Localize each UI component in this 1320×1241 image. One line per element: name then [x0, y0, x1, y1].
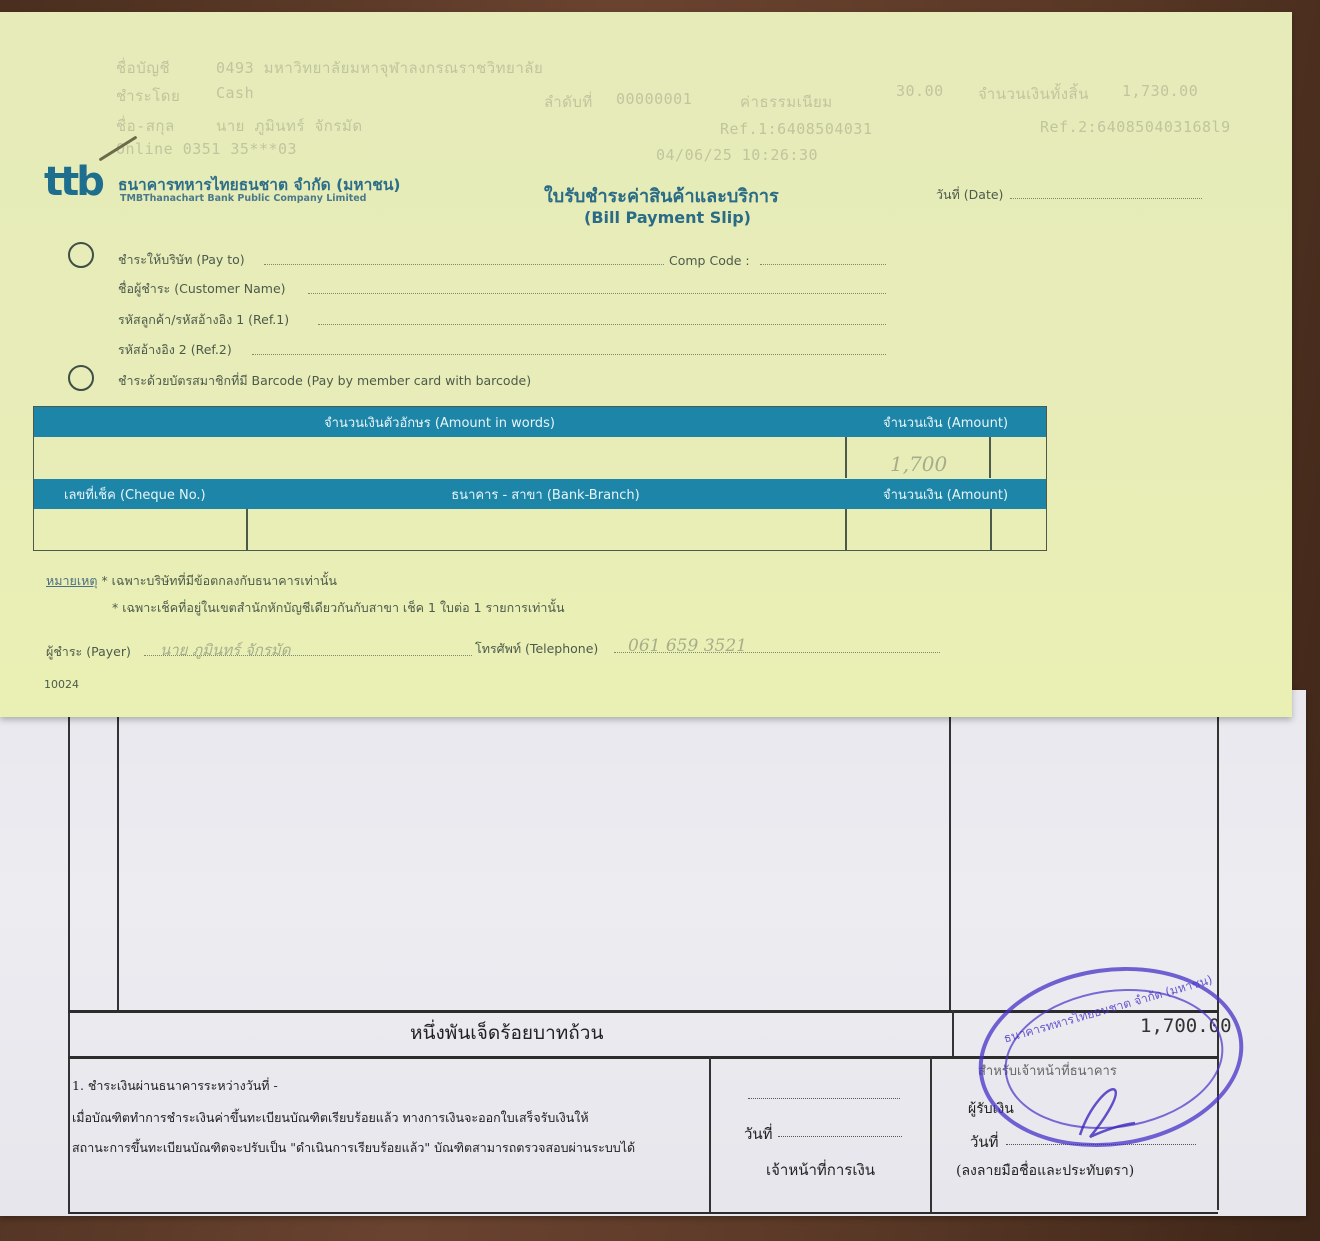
receipt-amount-in-words: หนึ่งพันเจ็ดร้อยบาทถ้วน — [410, 1018, 603, 1048]
sign-stamp-label: (ลงลายมือชื่อและประทับตรา) — [956, 1160, 1134, 1182]
slip-title-english: (Bill Payment Slip) — [584, 208, 751, 227]
signature-icon — [1060, 1075, 1140, 1145]
customer-name-field[interactable] — [308, 293, 886, 294]
amount-header-2: จำนวนเงิน (Amount) — [845, 479, 1046, 509]
bank-branch-field[interactable] — [248, 510, 844, 550]
printout-seq-label: ลำดับที่ — [544, 90, 593, 114]
printout-online: Online 0351 35***03 — [116, 140, 297, 158]
remark-1-text: * เฉพาะบริษัทที่มีข้อตกลงกับธนาคารเท่านั… — [101, 573, 337, 588]
comp-code-label: Comp Code : — [669, 253, 750, 268]
bank-date-label: วันที่ — [970, 1130, 999, 1154]
printout-total: 1,730.00 — [1122, 82, 1198, 100]
pay-to-company-radio[interactable] — [68, 242, 94, 268]
pay-by-barcode-radio[interactable] — [68, 365, 94, 391]
receipt-grid-line — [949, 690, 951, 1010]
finance-officer-label: เจ้าหน้าที่การเงิน — [766, 1158, 875, 1182]
receipt-grid-line — [930, 1056, 932, 1214]
ref1-label: รหัสลูกค้า/รหัสอ้างอิง 1 (Ref.1) — [118, 310, 289, 330]
printout-fee-label: ค่าธรรมเนียม — [740, 90, 833, 114]
receipt-note-2: เมื่อบัณฑิตทำการชำระเงินค่าขึ้นทะเบียนบั… — [72, 1108, 589, 1128]
printout-account-name: 0493 มหาวิทยาลัยมหาจุฬาลงกรณราชวิทยาลัย — [216, 56, 543, 80]
printout-name-label: ชื่อ-สกุล — [116, 114, 175, 138]
amount-words-header: จำนวนเงินตัวอักษร (Amount in words) — [34, 407, 845, 437]
receipt-note-3: สถานะการขึ้นทะเบียนบัณฑิตจะปรับเป็น "ดำเ… — [72, 1138, 635, 1158]
amount-words-field[interactable] — [35, 438, 843, 478]
payer-value: นาย ภูมินทร์ จักรมัด — [160, 638, 291, 662]
pay-to-label: ชำระให้บริษัท (Pay to) — [118, 250, 245, 270]
cheque-amount-field[interactable] — [847, 510, 989, 550]
bank-name-english: TMBThanachart Bank Public Company Limite… — [120, 193, 366, 204]
slip-title-thai: ใบรับชำระค่าสินค้าและบริการ — [544, 181, 779, 210]
table-cell-border — [990, 509, 992, 550]
table-cell-border — [989, 437, 991, 478]
ref2-label: รหัสอ้างอิง 2 (Ref.2) — [118, 340, 232, 360]
finance-date-line — [778, 1136, 902, 1137]
finance-date-label: วันที่ — [744, 1122, 773, 1146]
ref1-field[interactable] — [318, 324, 886, 325]
ref2-field[interactable] — [252, 354, 886, 355]
printout-account-name-label: ชื่อบัญชี — [116, 56, 170, 80]
receipt-grid-line — [1217, 690, 1219, 1210]
ttb-logo: ttb — [44, 162, 102, 202]
telephone-value: 061 659 3521 — [628, 636, 747, 656]
printout-total-label: จำนวนเงินทั้งสิ้น — [978, 82, 1089, 106]
barcode-label: ชำระด้วยบัตรสมาชิกที่มี Barcode (Pay by … — [118, 371, 531, 391]
finance-signature-line — [748, 1098, 900, 1099]
form-code: 10024 — [44, 678, 79, 691]
remark-label: หมายเหตุ — [46, 573, 97, 588]
receipt-grid-line — [117, 690, 119, 1010]
printout-paid-by-label: ชำระโดย — [116, 84, 180, 108]
date-label: วันที่ (Date) — [936, 185, 1003, 205]
customer-name-label: ชื่อผู้ชำระ (Customer Name) — [118, 279, 286, 299]
amount-value: 1,700 — [890, 452, 947, 476]
receipt-grid-line — [952, 1010, 954, 1056]
date-field[interactable] — [1010, 198, 1202, 199]
printout-fee: 30.00 — [896, 82, 944, 100]
comp-code-field[interactable] — [760, 264, 886, 265]
printout-seq: 00000001 — [616, 90, 692, 108]
printout-paid-by: Cash — [216, 84, 254, 102]
payer-label: ผู้ชำระ (Payer) — [46, 642, 131, 662]
remark-2: * เฉพาะเช็คที่อยู่ในเขตสำนักหักบัญชีเดีย… — [112, 598, 565, 618]
receipt-grid-line — [68, 1212, 1218, 1214]
printout-name: นาย ภูมินทร์ จักรมัด — [216, 114, 363, 138]
receipt-note-1: 1. ชำระเงินผ่านธนาคารระหว่างวันที่ - — [72, 1076, 278, 1096]
amount-header: จำนวนเงิน (Amount) — [845, 407, 1046, 437]
pay-to-field[interactable] — [264, 264, 664, 265]
printout-ref1: Ref.1:6408504031 — [720, 120, 873, 138]
remark-1: หมายเหตุ * เฉพาะบริษัทที่มีข้อตกลงกับธนา… — [46, 571, 337, 591]
receipt-grid-line — [68, 690, 70, 1214]
bank-branch-header: ธนาคาร - สาขา (Bank-Branch) — [246, 479, 845, 509]
telephone-label: โทรศัพท์ (Telephone) — [475, 639, 598, 659]
cheque-no-field[interactable] — [35, 510, 245, 550]
receipt-grid-line — [709, 1056, 711, 1214]
printout-timestamp: 04/06/25 10:26:30 — [656, 146, 818, 164]
printout-ref2: Ref.2:640850403168l9 — [1040, 118, 1231, 136]
cheque-no-header: เลขที่เช็ค (Cheque No.) — [34, 479, 246, 509]
